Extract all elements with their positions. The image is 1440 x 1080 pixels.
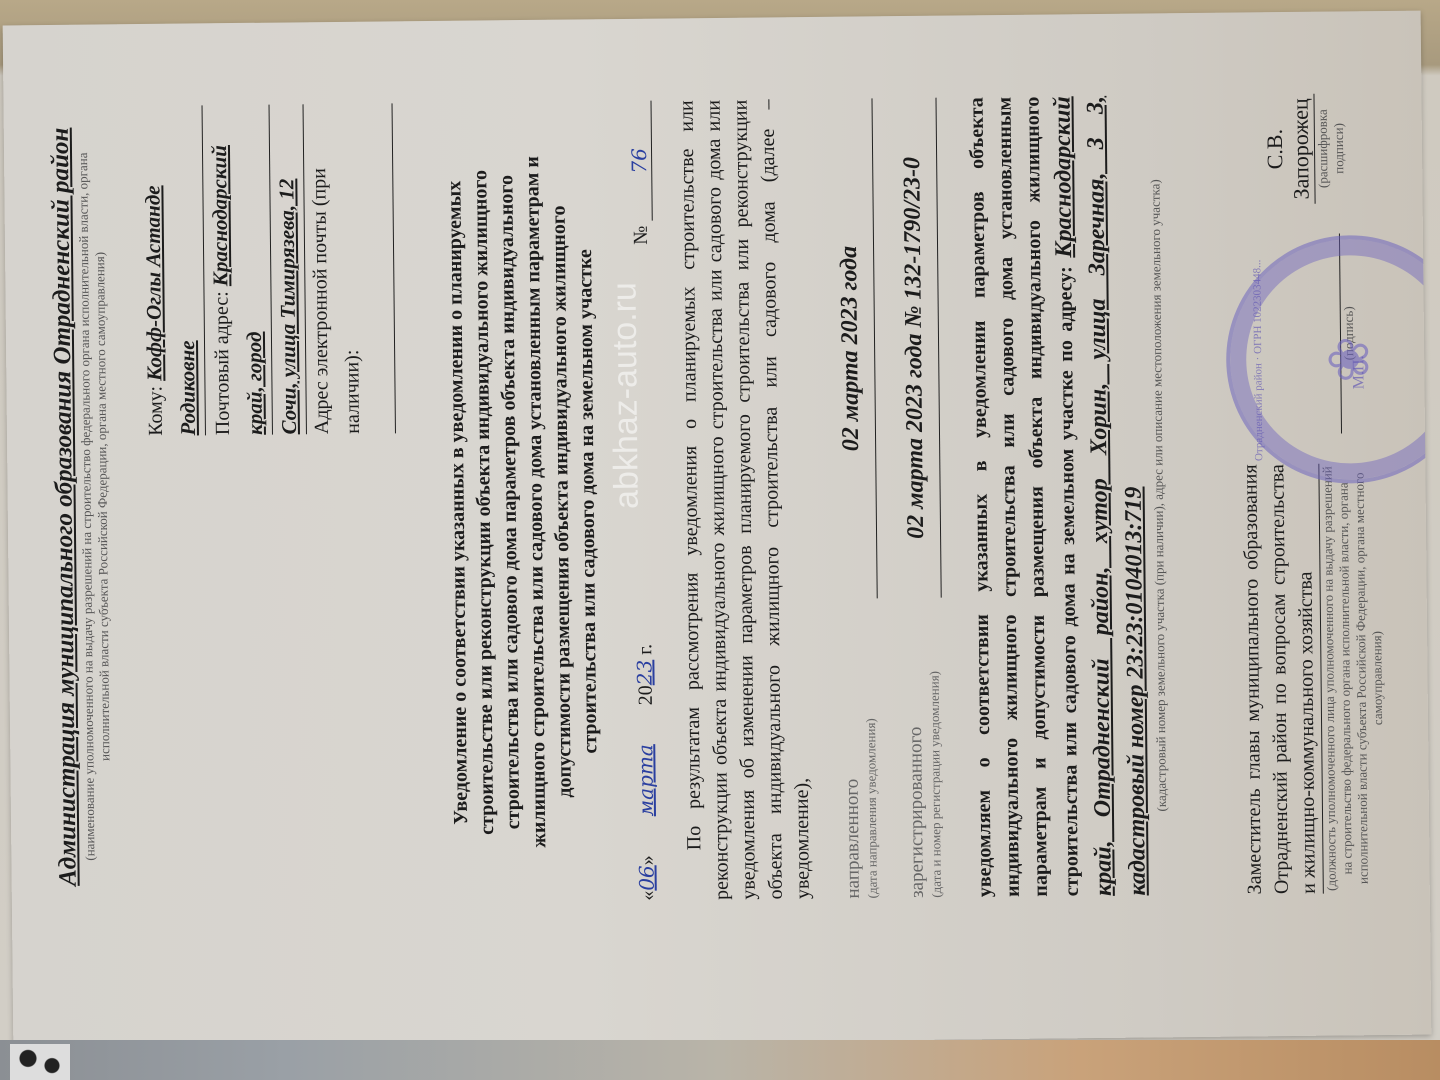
watermark: abkhaz-auto.ru xyxy=(605,282,646,509)
document-page: Администрация муниципального образования… xyxy=(12,11,1423,1050)
recipient-to: Кому: Кофф-Оглы Астанде Родиковне xyxy=(135,105,205,436)
signature-block: Заместитель главы муниципального образов… xyxy=(1233,93,1388,894)
signatory-position: Заместитель главы муниципального образов… xyxy=(1237,463,1388,895)
sent-date: 02 марта 2023 года xyxy=(834,98,877,598)
recipient-block: Кому: Кофф-Оглы Астанде Родиковне Почтов… xyxy=(135,103,395,436)
recipient-postal-cont: Сочи, улица Тимирязева, 12 xyxy=(269,104,306,434)
registered-row: зарегистрированного(дата и номер регистр… xyxy=(898,98,944,898)
official-stamp: Отрадненский район · ОГРН 1022303448... … xyxy=(1224,234,1431,485)
notification-text: уведомляем о соответствии указанных в ув… xyxy=(962,95,1171,897)
intro-paragraph: По результатам рассмотрения уведомления … xyxy=(673,99,816,900)
sent-row: направленного(дата направления уведомлен… xyxy=(834,98,880,898)
document-sheet: Администрация муниципального образования… xyxy=(3,11,1432,1050)
signatory-name-field: С.В. Запорожец (расшифровка подписи) xyxy=(1233,93,1348,204)
recipient-email-line xyxy=(365,103,395,433)
signature-field: Отрадненский район · ОГРН 1022303448... … xyxy=(1234,233,1357,434)
organization-note: (наименование уполномоченного на выдачу … xyxy=(75,106,116,906)
address-note: (кадастровый номер земельного участка (п… xyxy=(1147,95,1172,895)
table-surface xyxy=(0,1040,1440,1080)
recipient-email-label: Адрес электронной почты (при наличии): xyxy=(303,104,368,435)
recipient-postal: Почтовый адрес: Краснодарский край, горо… xyxy=(202,105,272,436)
document-number: № 76 xyxy=(626,101,653,245)
signatory-name: С.В. Запорожец xyxy=(1233,94,1315,205)
issue-date: «06» марта 2023 г. xyxy=(632,644,660,901)
registration-number: 02 марта 2023 года № 132-1790/23-0 xyxy=(898,98,941,598)
document-heading: Уведомление о соответствии указанных в у… xyxy=(440,101,604,903)
